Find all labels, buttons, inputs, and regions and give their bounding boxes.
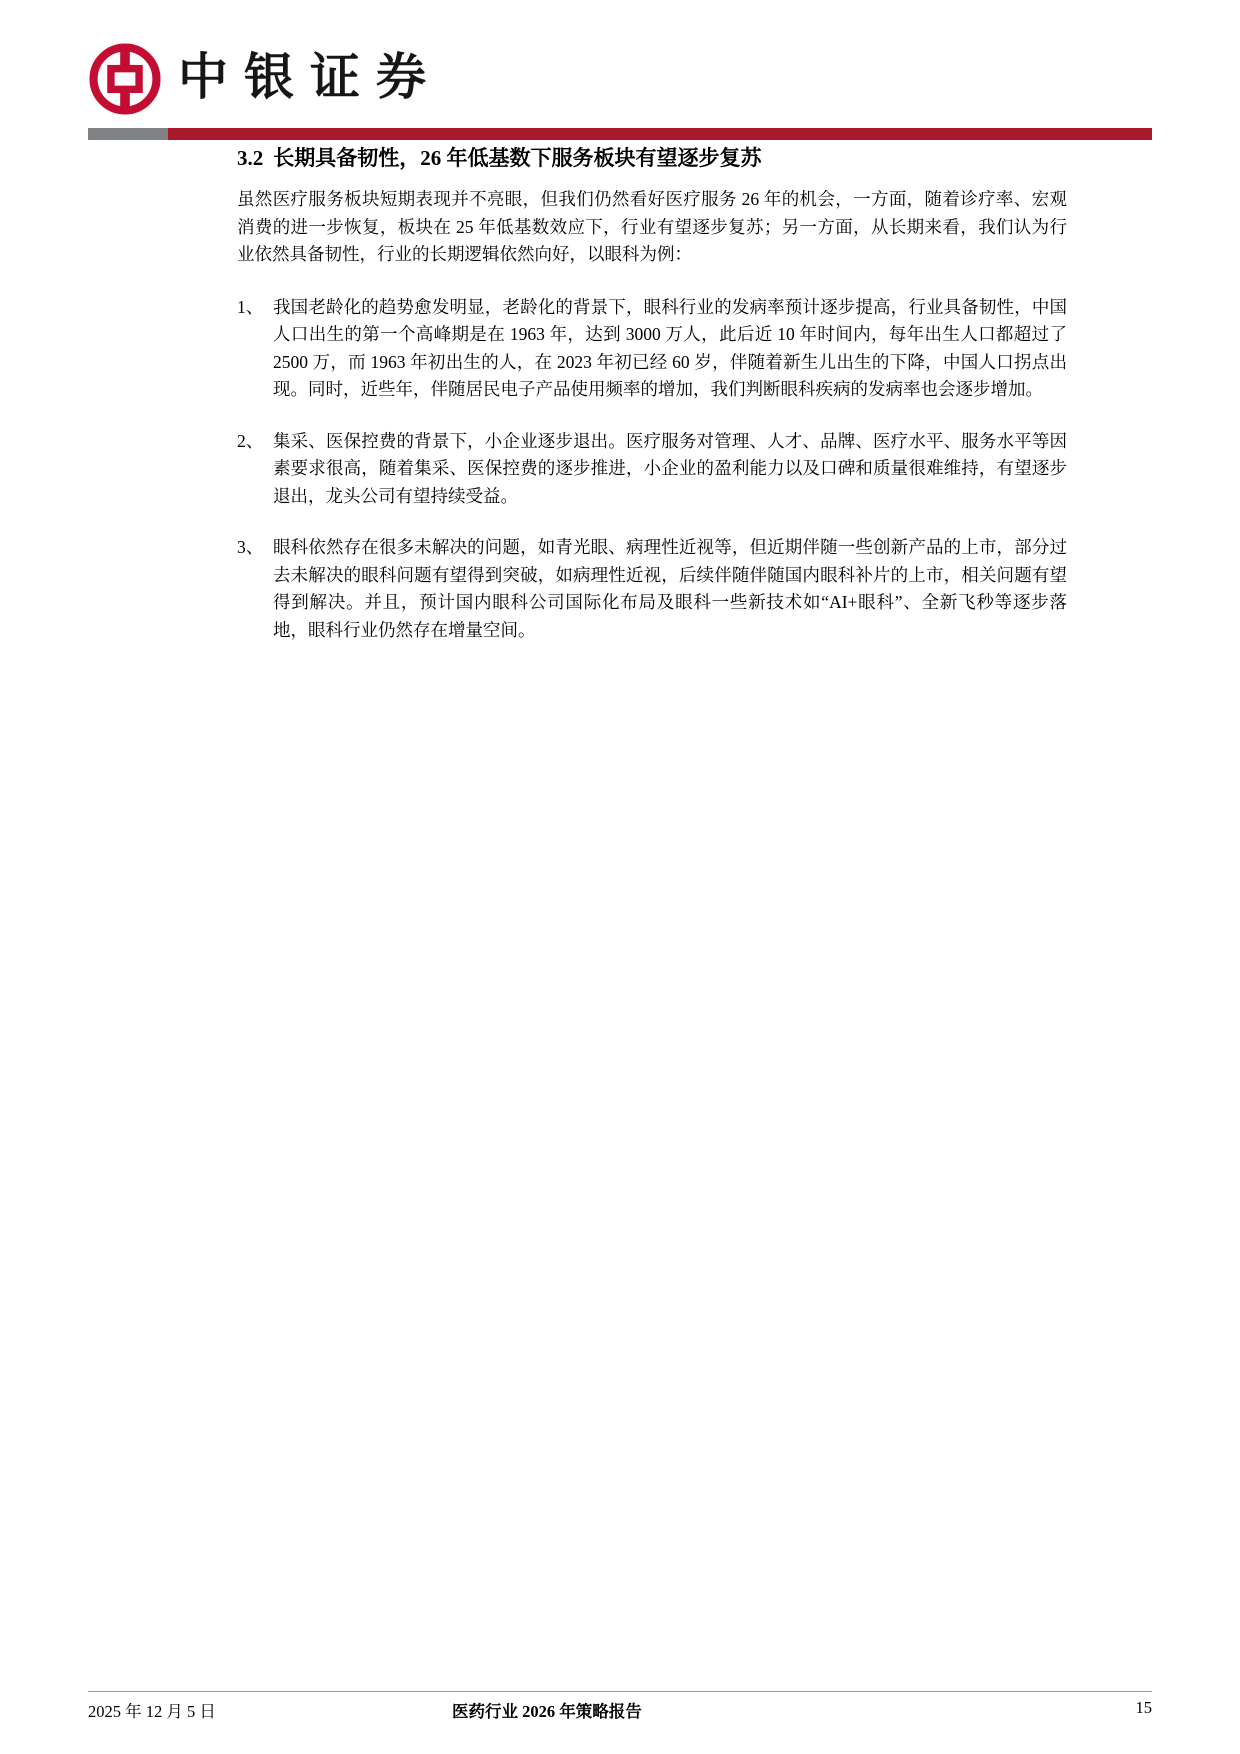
header-rule-red-segment [168,128,1152,140]
boc-logo-icon [88,42,162,116]
list-item-number: 3、 [237,534,263,562]
report-page: 中银证券 3.2长期具备韧性，26 年低基数下服务板块有望逐步复苏 虽然医疗服务… [0,0,1240,1754]
list-item: 3、 眼科依然存在很多未解决的问题，如青光眼、病理性近视等，但近期伴随一些创新产… [237,534,1067,644]
list-item-number: 2、 [237,428,263,456]
footer-date: 2025 年 12 月 5 日 [88,1698,216,1722]
report-body: 3.2长期具备韧性，26 年低基数下服务板块有望逐步复苏 虽然医疗服务板块短期表… [237,144,1067,668]
footer-report-title: 医药行业 2026 年策略报告 [452,1698,642,1722]
list-item: 1、 我国老龄化的趋势愈发明显，老龄化的背景下，眼科行业的发病率预计逐步提高，行… [237,294,1067,404]
header-rule [88,128,1152,140]
footer-page-number: 15 [1136,1698,1153,1718]
list-item-text: 我国老龄化的趋势愈发明显，老龄化的背景下，眼科行业的发病率预计逐步提高，行业具备… [273,294,1067,404]
intro-paragraph: 虽然医疗服务板块短期表现并不亮眼，但我们仍然看好医疗服务 26 年的机会，一方面… [237,186,1067,269]
list-item-number: 1、 [237,294,263,322]
numbered-list: 1、 我国老龄化的趋势愈发明显，老龄化的背景下，眼科行业的发病率预计逐步提高，行… [237,294,1067,645]
brand-name: 中银证券 [178,50,442,105]
list-item-text: 集采、医保控费的背景下，小企业逐步退出。医疗服务对管理、人才、品牌、医疗水平、服… [273,428,1067,511]
section-title: 长期具备韧性，26 年低基数下服务板块有望逐步复苏 [273,146,761,170]
list-item: 2、 集采、医保控费的背景下，小企业逐步退出。医疗服务对管理、人才、品牌、医疗水… [237,428,1067,511]
section-heading: 3.2长期具备韧性，26 年低基数下服务板块有望逐步复苏 [237,144,1067,172]
footer-divider [88,1691,1152,1692]
list-item-text: 眼科依然存在很多未解决的问题，如青光眼、病理性近视等，但近期伴随一些创新产品的上… [273,534,1067,644]
header-rule-gray-segment [88,128,168,140]
section-number: 3.2 [237,146,263,170]
